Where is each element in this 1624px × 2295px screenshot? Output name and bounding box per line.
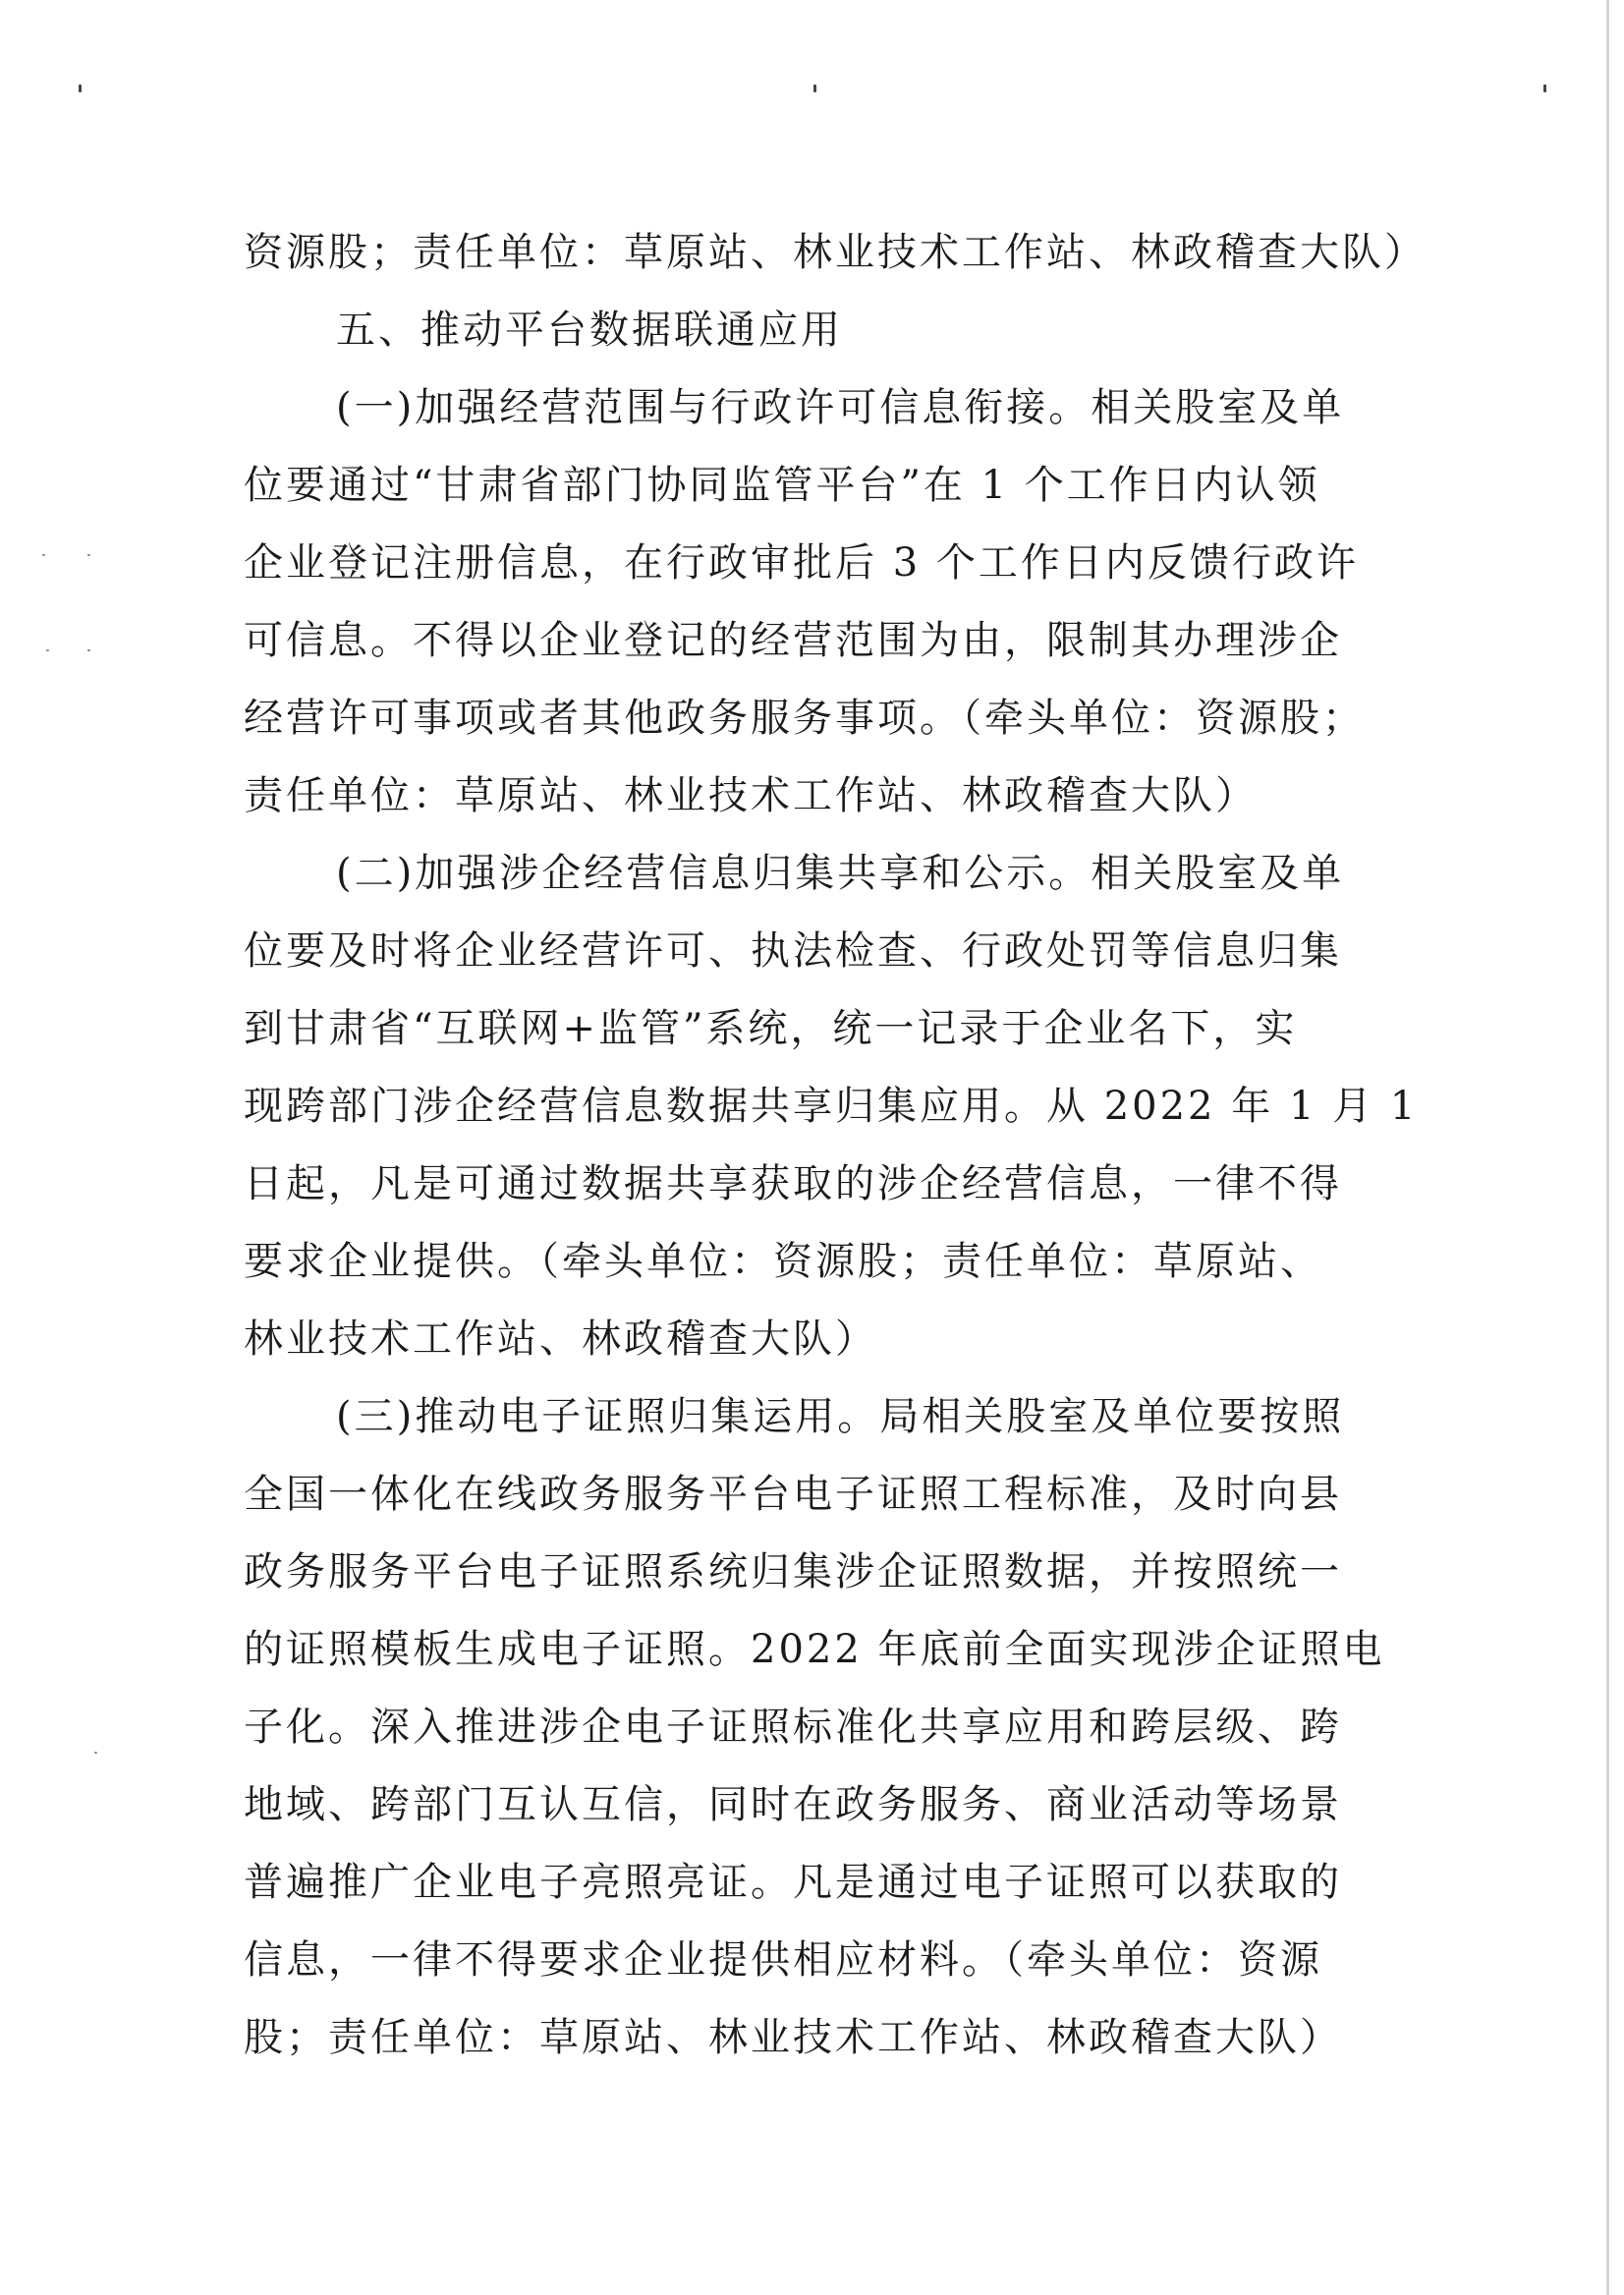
paragraph-line: (二)加强涉企经营信息归集共享和公示。相关股室及单 [244,835,1383,913]
paragraph-line: (一)加强经营范围与行政许可信息衔接。相关股室及单 [244,369,1383,447]
paragraph-line: 到甘肃省“互联网+监管”系统，统一记录于企业名下，实 [244,990,1383,1068]
punch-mark-left [79,84,82,92]
paragraph-line: 责任单位：草原站、林业技术工作站、林政稽查大队） [244,757,1383,835]
punch-mark-right [1543,84,1546,92]
paragraph-line: 要求企业提供。（牵头单位：资源股；责任单位：草原站、 [244,1223,1383,1301]
scan-speck [87,649,90,651]
paragraph-line: 股；责任单位：草原站、林业技术工作站、林政稽查大队） [244,1999,1383,2077]
paragraph-line: 信息，一律不得要求企业提供相应材料。（牵头单位：资源 [244,1922,1383,1999]
paragraph-1: (一)加强经营范围与行政许可信息衔接。相关股室及单 位要通过“甘肃省部门协同监管… [244,369,1383,835]
paragraph-line: 日起，凡是可通过数据共享获取的涉企经营信息，一律不得 [244,1146,1383,1223]
paragraph-line: (三)推动电子证照归集运用。局相关股室及单位要按照 [244,1378,1383,1456]
scan-speck [42,554,45,556]
scan-speck [87,554,90,556]
document-body: 资源股；责任单位：草原站、林业技术工作站、林政稽查大队） 五、推动平台数据联通应… [244,214,1383,2077]
paragraph-line: 子化。深入推进涉企电子证照标准化共享应用和跨层级、跨 [244,1689,1383,1766]
paragraph-line: 经营许可事项或者其他政务服务事项。（牵头单位：资源股； [244,680,1383,757]
paragraph-line: 全国一体化在线政务服务平台电子证照工程标准，及时向县 [244,1456,1383,1534]
paragraph-line: 位要通过“甘肃省部门协同监管平台”在 1 个工作日内认领 [244,447,1383,525]
paragraph-line: 可信息。不得以企业登记的经营范围为由，限制其办理涉企 [244,602,1383,680]
paragraph-line: 位要及时将企业经营许可、执法检查、行政处罚等信息归集 [244,913,1383,990]
paragraph-line: 的证照模板生成电子证照。2022 年底前全面实现涉企证照电 [244,1611,1383,1689]
paragraph-line: 政务服务平台电子证照系统归集涉企证照数据，并按照统一 [244,1534,1383,1611]
paragraph-line: 普遍推广企业电子亮照亮证。凡是通过电子证照可以获取的 [244,1844,1383,1922]
section-heading: 五、推动平台数据联通应用 [244,292,1383,369]
paragraph-2: (二)加强涉企经营信息归集共享和公示。相关股室及单 位要及时将企业经营许可、执法… [244,835,1383,1378]
scan-speck [46,649,49,651]
paragraph-line: 林业技术工作站、林政稽查大队） [244,1301,1383,1378]
paragraph-line: 地域、跨部门互认互信，同时在政务服务、商业活动等场景 [244,1766,1383,1844]
continuation-line: 资源股；责任单位：草原站、林业技术工作站、林政稽查大队） [244,214,1383,292]
punch-mark-center [813,84,816,92]
document-page: 资源股；责任单位：草原站、林业技术工作站、林政稽查大队） 五、推动平台数据联通应… [0,0,1624,2295]
scan-speck [94,1752,97,1754]
paragraph-line: 企业登记注册信息，在行政审批后 3 个工作日内反馈行政许 [244,525,1383,602]
paragraph-line: 现跨部门涉企经营信息数据共享归集应用。从 2022 年 1 月 1 [244,1068,1383,1146]
scan-edge-line [1606,0,1609,2295]
paragraph-3: (三)推动电子证照归集运用。局相关股室及单位要按照 全国一体化在线政务服务平台电… [244,1378,1383,2077]
